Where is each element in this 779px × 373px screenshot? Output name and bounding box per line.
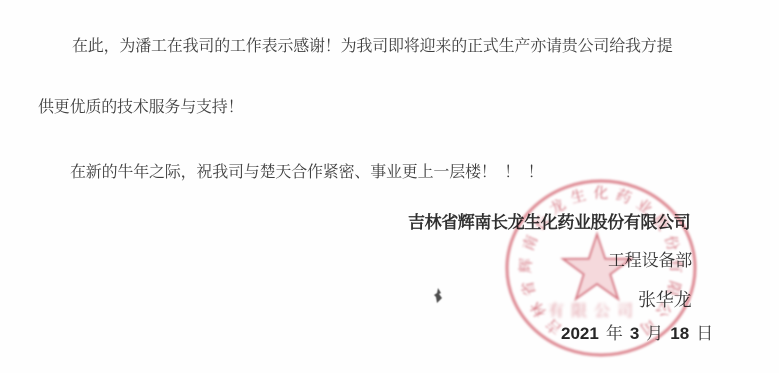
seal-inner-text: 有限公司 (548, 302, 640, 320)
signature-date: 2021 年 3 月 18 日 (561, 319, 713, 344)
ink-speck-icon (431, 287, 445, 305)
date-year-unit: 年 (606, 319, 623, 344)
date-year: 2021 (561, 324, 599, 344)
signature-name: 张华龙 (638, 286, 691, 312)
date-day: 18 (670, 324, 689, 344)
paragraph1-line1: 在此，为潘工在我司的工作表示感谢！为我司即将迎来的正式生产亦请贵公司给我方提 (72, 33, 672, 56)
signature-department: 工程设备部 (608, 246, 692, 271)
signature-company: 吉林省辉南长龙生化药业股份有限公司 (408, 208, 690, 233)
paragraph2: 在新的牛年之际，祝我司与楚天合作紧密、事业更上一层楼！ ！ ！ (70, 159, 543, 182)
letter-page: 在此，为潘工在我司的工作表示感谢！为我司即将迎来的正式生产亦请贵公司给我方提 供… (0, 0, 779, 373)
paragraph1-line2: 供更优质的技术服务与支持！ (38, 94, 243, 117)
date-month: 3 (630, 324, 639, 344)
date-month-unit: 月 (646, 319, 663, 344)
date-day-unit: 日 (696, 319, 713, 344)
